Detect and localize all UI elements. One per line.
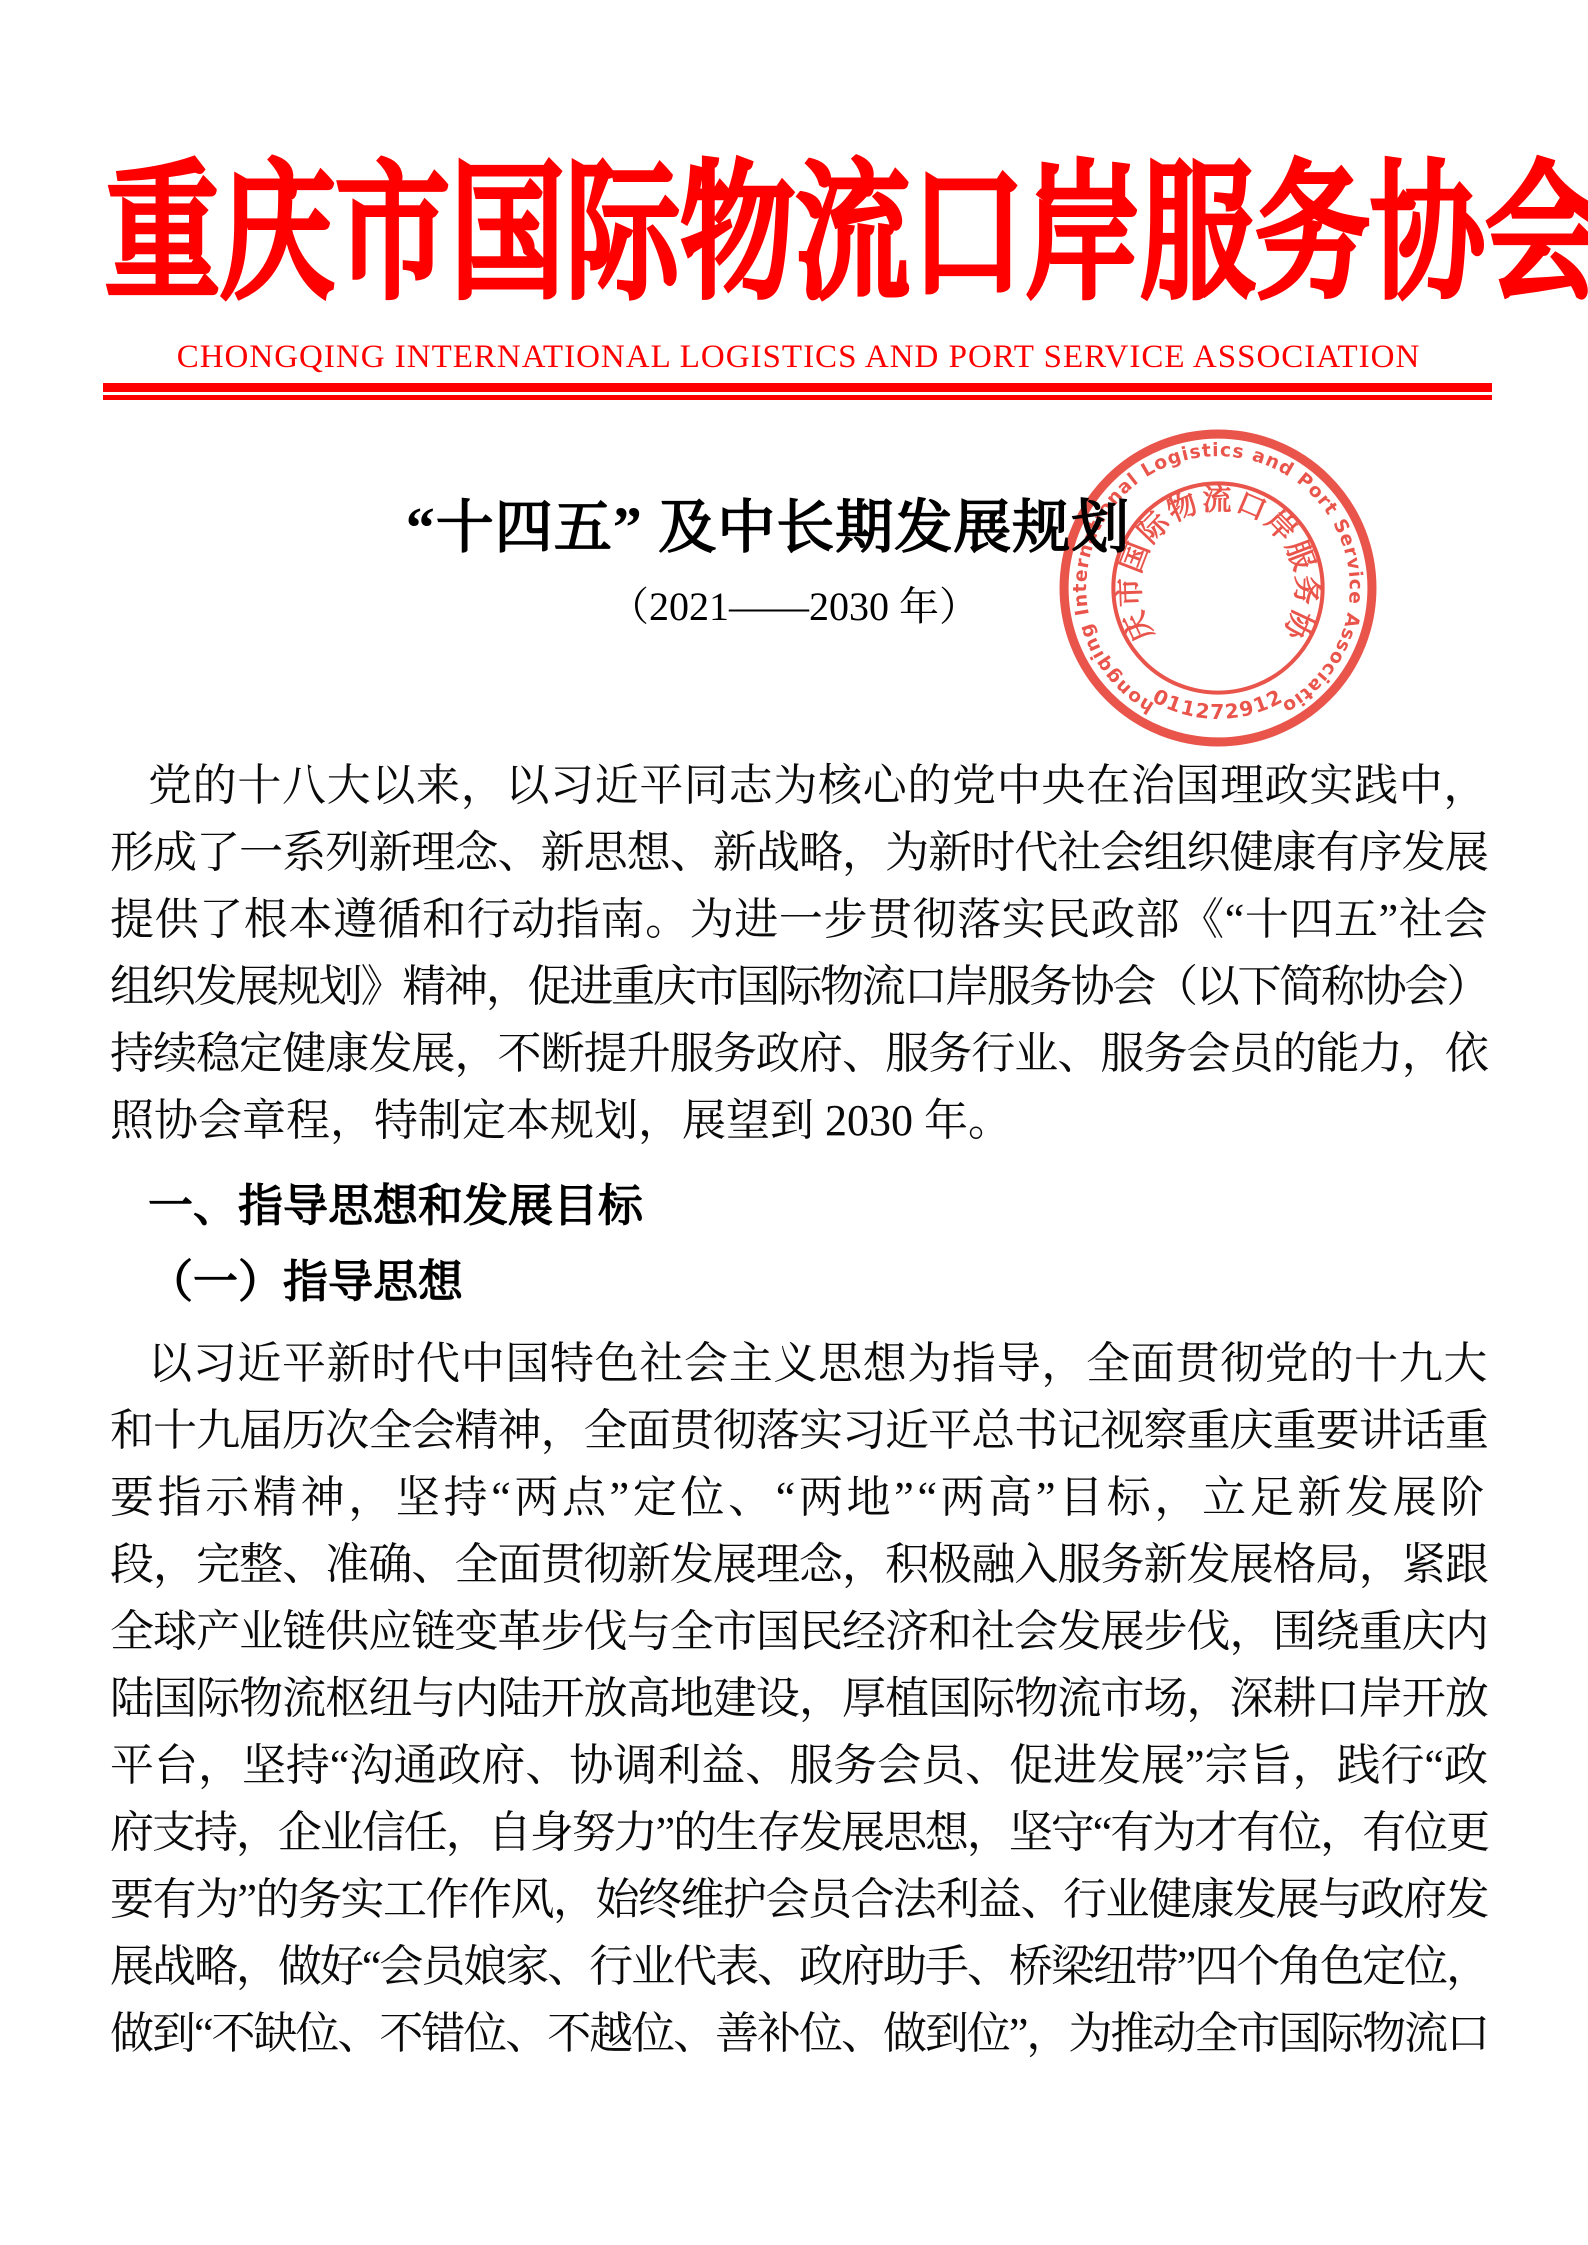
text-line: 照协会章程，特制定本规划，展望到 2030 年。 — [110, 1087, 1488, 1154]
org-title-char: 口 — [910, 160, 1025, 310]
org-title-char: 重 — [105, 160, 220, 310]
org-title-char: 庆 — [220, 160, 335, 310]
text-line: 展战略，做好“会员娘家、行业代表、政府助手、桥梁纽带”四个角色定位， — [110, 1933, 1488, 2000]
paragraph-guiding-thought: 以习近平新时代中国特色社会主义思想为指导，全面贯彻党的十九大和十九届历次全会精神… — [110, 1330, 1488, 2067]
org-title-char: 际 — [565, 160, 680, 310]
section-heading: 一、指导思想和发展目标 — [148, 1176, 1488, 1236]
text-line: 段，完整、准确、全面贯彻新发展理念，积极融入服务新发展格局，紧跟 — [110, 1531, 1488, 1598]
org-title-char: 国 — [450, 160, 565, 310]
org-name-chinese: 重庆市国际物流口岸服务协会 — [105, 160, 1492, 310]
header-rule-thick — [103, 383, 1492, 392]
text-line: 全球产业链供应链变革步伐与全市国民经济和社会发展步伐，围绕重庆内 — [110, 1598, 1488, 1665]
org-title-char: 市 — [335, 160, 450, 310]
document-page: 重庆市国际物流口岸服务协会 CHONGQING INTERNATIONAL LO… — [0, 0, 1588, 2245]
subsection-heading: （一）指导思想 — [148, 1252, 1488, 1312]
text-line: 以习近平新时代中国特色社会主义思想为指导，全面贯彻党的十九大 — [110, 1330, 1488, 1397]
text-line: 要有为”的务实工作作风，始终维护会员合法利益、行业健康发展与政府发 — [110, 1866, 1488, 1933]
text-line: 和十九届历次全会精神，全面贯彻落实习近平总书记视察重庆重要讲话重 — [110, 1397, 1488, 1464]
text-line: 党的十八大以来，以习近平同志为核心的党中央在治国理政实践中， — [110, 752, 1488, 819]
text-line: 提供了根本遵循和行动指南。为进一步贯彻落实民政部《“十四五”社会 — [110, 886, 1488, 953]
org-title-char: 协 — [1370, 160, 1485, 310]
text-line: 平台，坚持“沟通政府、协调利益、服务会员、促进发展”宗旨，践行“政 — [110, 1732, 1488, 1799]
text-line: 做到“不缺位、不错位、不越位、善补位、做到位”，为推动全市国际物流口 — [110, 2000, 1488, 2067]
org-title-char: 务 — [1255, 160, 1370, 310]
text-line: 陆国际物流枢纽与内陆开放高地建设，厚植国际物流市场，深耕口岸开放 — [110, 1665, 1488, 1732]
text-line: 形成了一系列新理念、新思想、新战略，为新时代社会组织健康有序发展 — [110, 819, 1488, 886]
paragraph-intro: 党的十八大以来，以习近平同志为核心的党中央在治国理政实践中，形成了一系列新理念、… — [110, 752, 1488, 1154]
text-line: 持续稳定健康发展，不断提升服务政府、服务行业、服务会员的能力，依 — [110, 1020, 1488, 1087]
org-title-char: 岸 — [1025, 160, 1140, 310]
org-title-char: 会 — [1485, 160, 1588, 310]
stamp-outer-ring — [1064, 434, 1372, 742]
org-title-char: 物 — [680, 160, 795, 310]
org-title-char: 流 — [795, 160, 910, 310]
text-line: 府支持，企业信任，自身努力”的生存发展思想，坚守“有为才有位，有位更 — [110, 1799, 1488, 1866]
text-line: 组织发展规划》精神，促进重庆市国际物流口岸服务协会（以下简称协会） — [110, 953, 1488, 1020]
text-line: 要指示精神，坚持“两点”定位、“两地”“两高”目标，立足新发展阶 — [110, 1464, 1488, 1531]
org-name-english: CHONGQING INTERNATIONAL LOGISTICS AND PO… — [105, 339, 1492, 375]
org-title-char: 服 — [1140, 160, 1255, 310]
official-seal-stamp: Chongqing International Logistics and Po… — [1055, 425, 1381, 751]
document-body: 党的十八大以来，以习近平同志为核心的党中央在治国理政实践中，形成了一系列新理念、… — [110, 752, 1488, 2067]
header-rule-thin — [103, 395, 1492, 400]
